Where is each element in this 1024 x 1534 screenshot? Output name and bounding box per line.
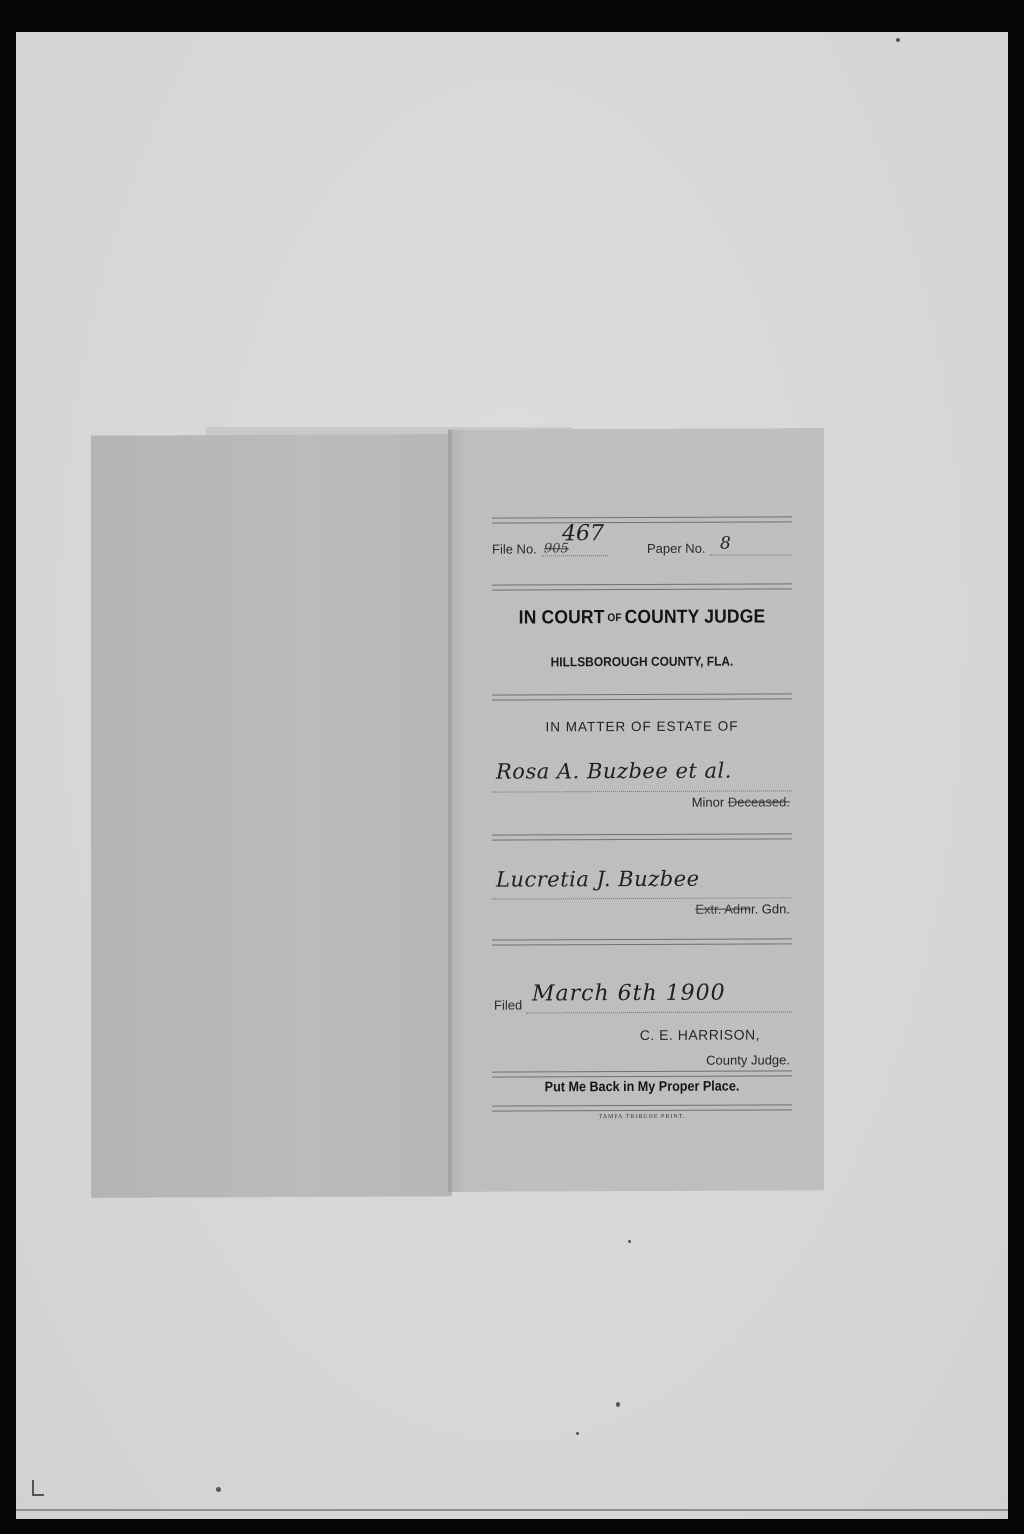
dust-speck xyxy=(216,1487,221,1492)
dust-speck xyxy=(896,38,900,42)
county-name: HILLSBOROUGH COUNTY, FLA. xyxy=(504,653,780,669)
double-rule xyxy=(492,693,792,700)
estate-status-minor: Minor xyxy=(692,795,725,810)
guardian-role: Extr. Admr. Gdn. xyxy=(695,901,790,916)
estate-name-handwritten: Rosa A. Buzbee et al. xyxy=(496,759,732,784)
paper-no-handwritten: 8 xyxy=(720,534,731,554)
printer-credit: TAMPA TRIBUNE PRINT. xyxy=(492,1113,792,1120)
file-paper-row: File No. 905 467 Paper No. 8 xyxy=(492,533,792,560)
guardian-name-handwritten: Lucretia J. Buzbee xyxy=(496,867,700,892)
folder-left-panel xyxy=(91,434,452,1198)
paper-no-line xyxy=(710,553,792,555)
double-rule xyxy=(492,938,792,945)
motto: Put Me Back in My Proper Place. xyxy=(507,1077,777,1094)
corner-crop-mark xyxy=(32,1480,44,1496)
file-no-line xyxy=(542,554,608,556)
dust-speck xyxy=(616,1402,620,1407)
bottom-rule xyxy=(16,1509,1008,1511)
fold-line xyxy=(448,430,452,1192)
dust-speck xyxy=(576,1432,579,1435)
estate-status-deceased-struck: Deceased. xyxy=(728,794,790,809)
guardian-role-struck: Extr. Adm xyxy=(695,901,751,916)
court-title-part2: COUNTY JUDGE xyxy=(625,606,766,628)
court-title-of: OF xyxy=(607,612,621,624)
estate-status: Minor Deceased. xyxy=(692,794,790,809)
matter-heading: IN MATTER OF ESTATE OF xyxy=(492,718,792,734)
filed-date-line xyxy=(526,1010,792,1013)
file-no-label: File No. xyxy=(492,541,537,556)
filed-date-handwritten: March 6th 1900 xyxy=(532,981,726,1007)
judge-name: C. E. HARRISON, xyxy=(640,1026,760,1043)
paper-no-label: Paper No. xyxy=(647,541,706,556)
double-rule xyxy=(492,516,792,523)
filed-label: Filed xyxy=(494,997,522,1012)
court-title-part1: IN COURT xyxy=(519,607,605,628)
court-title: IN COURTOFCOUNTY JUDGE xyxy=(504,606,780,629)
double-rule xyxy=(492,583,792,590)
dust-speck xyxy=(628,1240,631,1243)
double-rule xyxy=(492,1104,792,1111)
estate-name-line xyxy=(492,789,792,792)
folder-cover-panel: File No. 905 467 Paper No. 8 IN COURTOFC… xyxy=(448,428,824,1192)
file-no-handwritten: 467 xyxy=(562,521,604,546)
double-rule xyxy=(492,833,792,840)
judge-title: County Judge. xyxy=(706,1052,790,1067)
scan-sheet: File No. 905 467 Paper No. 8 IN COURTOFC… xyxy=(16,32,1008,1519)
guardian-role-gdn: r. Gdn. xyxy=(751,901,790,916)
guardian-name-line xyxy=(492,896,792,899)
court-form: File No. 905 467 Paper No. 8 IN COURTOFC… xyxy=(492,428,790,429)
